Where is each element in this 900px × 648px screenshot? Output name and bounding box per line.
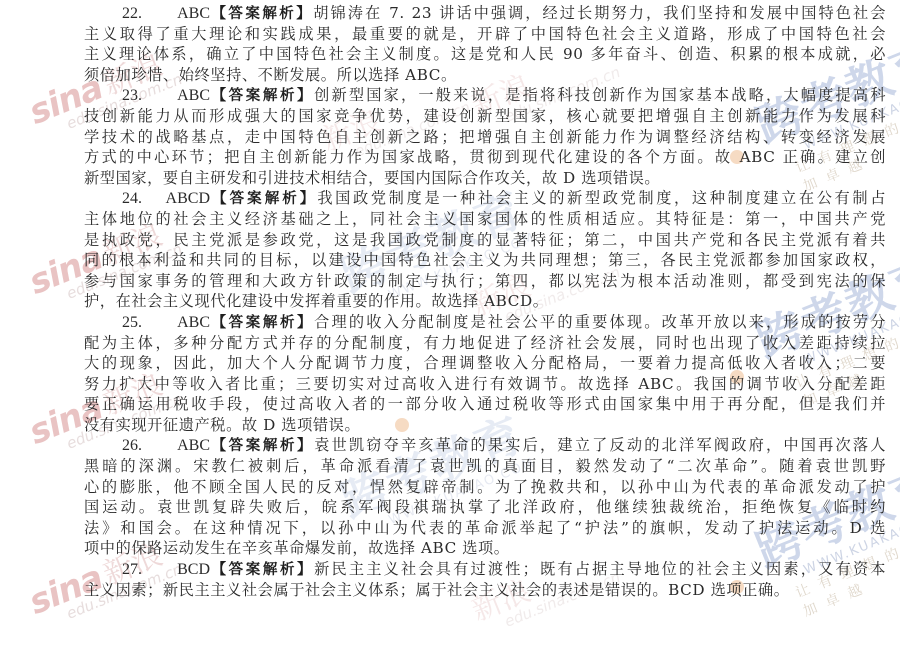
answer-line: 是执政党，民主党派是参政党，这是我国政党制度的显著特征；第二，中国共产党和各民主… [84, 230, 886, 251]
answer-line: 学技术的战略基点，走中国特色自主创新之路；把增强自主创新能力作为调整经济结构、转… [84, 127, 886, 148]
question-number: 27. BCD [122, 560, 210, 581]
answer-line: 参与国家事务的管理和大政方针政策的制定与执行；第四，都以宪法为根本活动准则，都受… [84, 271, 886, 292]
answer-line: 25. ABC【答案解析】合理的收入分配制度是社会公平的重要体现。改革开放以来，… [84, 312, 886, 333]
answer-item-24: 24. ABCD【答案解析】我国政党制度是一种社会主义的新型政党制度，这种制度建… [84, 188, 886, 312]
answer-line: 大的现象，因此，加大个人分配调节力度，合理调整收入分配格局，一要着力提高低收入者… [84, 353, 886, 374]
answer-item-27: 27. BCD【答案解析】新民主主义社会具有过渡性；既有占据主导地位的社会主义因… [84, 559, 886, 600]
answer-line: 主义取得了重大理论和实践成果，最重要的就是，开辟了中国特色社会主义道路，形成了中… [84, 24, 886, 45]
answer-tag: 【答案解析】 [210, 438, 314, 454]
answer-line: 新型国家，要自主研发和引进技术相结合，要国内国际合作攻关，故 D 选项错误。 [84, 168, 886, 189]
answer-line: 护，在社会主义现代化建设中发挥着重要的作用。故选择 ABCD。 [84, 291, 886, 312]
answer-line: 努力扩大中等收入者比重；三要切实对过高收入进行有效调节。故选择 ABC。我国的调… [84, 374, 886, 395]
answer-line: 心的膨胀，他不顾全国人民的反对，悍然复辟帝制。为了挽救共和，以孙中山为代表的革命… [84, 477, 886, 498]
question-number: 22. ABC [122, 4, 210, 25]
answer-item-26: 26. ABC【答案解析】袁世凯窃夺辛亥革命的果实后，建立了反动的北洋军阀政府，… [84, 435, 886, 559]
answer-line: 同的根本利益和共同的目标，以建设中国特色社会主义为共同理想；第三，各民主党派都参… [84, 250, 886, 271]
answer-explanations: 22. ABC【答案解析】胡锦涛在 7. 23 讲话中强调，经过长期努力，我们坚… [84, 3, 886, 600]
answer-line: 主义理论体系，确立了中国特色社会主义制度。这是党和人民 90 多年奋斗、创造、积… [84, 44, 886, 65]
answer-tag: 【答案解析】 [210, 562, 314, 578]
answer-line: 26. ABC【答案解析】袁世凯窃夺辛亥革命的果实后，建立了反动的北洋军阀政府，… [84, 435, 886, 456]
answer-line: 没有实现开征遗产税。故 D 选项错误。 [84, 415, 886, 436]
answer-line: 须倍加珍惜、始终坚持、不断发展。所以选择 ABC。 [84, 65, 886, 86]
answer-line: 配为主体，多种分配方式并存的分配制度，有力地促进了经济社会发展，同时也出现了收入… [84, 333, 886, 354]
answer-line: 主体地位的社会主义经济基础之上，同社会主义国家国体的性质相适应。其特征是：第一，… [84, 209, 886, 230]
answer-tag: 【答案解析】 [210, 6, 313, 22]
answer-tag: 【答案解析】 [210, 315, 314, 331]
answer-item-25: 25. ABC【答案解析】合理的收入分配制度是社会公平的重要体现。改革开放以来，… [84, 312, 886, 436]
answer-line: 国运动。袁世凯复辟失败后，皖系军阀段祺瑞执掌了北洋政府，他继续独裁统治，拒绝恢复… [84, 497, 886, 518]
answer-line: 主义因素；新民主主义社会属于社会主义体系；属于社会主义社会的表述是错误的。BCD… [84, 580, 886, 601]
answer-line: 要正确运用税收手段，使过高收入者的一部分收入通过税收等形式由国家集中用于再分配，… [84, 394, 886, 415]
answer-line: 23. ABC【答案解析】创新型国家，一般来说，是指将科技创新作为国家基本战略，… [84, 85, 886, 106]
answer-line: 技创新能力从而形成强大的国家竞争优势，建设创新型国家，核心就要把增强自主创新能力… [84, 106, 886, 127]
answer-line: 方式的中心环节；把自主创新能力作为国家战略，贯彻到现代化建设的各个方面。故 AB… [84, 147, 886, 168]
question-number: 26. ABC [122, 436, 210, 457]
answer-item-22: 22. ABC【答案解析】胡锦涛在 7. 23 讲话中强调，经过长期努力，我们坚… [84, 3, 886, 85]
answer-item-23: 23. ABC【答案解析】创新型国家，一般来说，是指将科技创新作为国家基本战略，… [84, 85, 886, 188]
answer-line: 27. BCD【答案解析】新民主主义社会具有过渡性；既有占据主导地位的社会主义因… [84, 559, 886, 580]
answer-line: 项中的保路运动发生在辛亥革命爆发前，故选择 ABC 选项。 [84, 538, 886, 559]
answer-tag: 【答案解析】 [210, 191, 317, 207]
question-number: 24. ABCD [122, 189, 210, 210]
document-page: sina新浪 edu.sina.com.cn sina新浪 edu.sina.c… [0, 0, 900, 648]
answer-line: 法》和国会。在这种情况下，以孙中山为代表的革命派举起了“护法”的旗帜，发动了护法… [84, 518, 886, 539]
answer-tag: 【答案解析】 [210, 88, 314, 104]
answer-line: 黑暗的深渊。宋教仁被刺后，革命派看清了袁世凯的真面目，毅然发动了“二次革命”。随… [84, 456, 886, 477]
answer-line: 24. ABCD【答案解析】我国政党制度是一种社会主义的新型政党制度，这种制度建… [84, 188, 886, 209]
question-number: 23. ABC [122, 86, 210, 107]
answer-line: 22. ABC【答案解析】胡锦涛在 7. 23 讲话中强调，经过长期努力，我们坚… [84, 3, 886, 24]
question-number: 25. ABC [122, 313, 210, 334]
